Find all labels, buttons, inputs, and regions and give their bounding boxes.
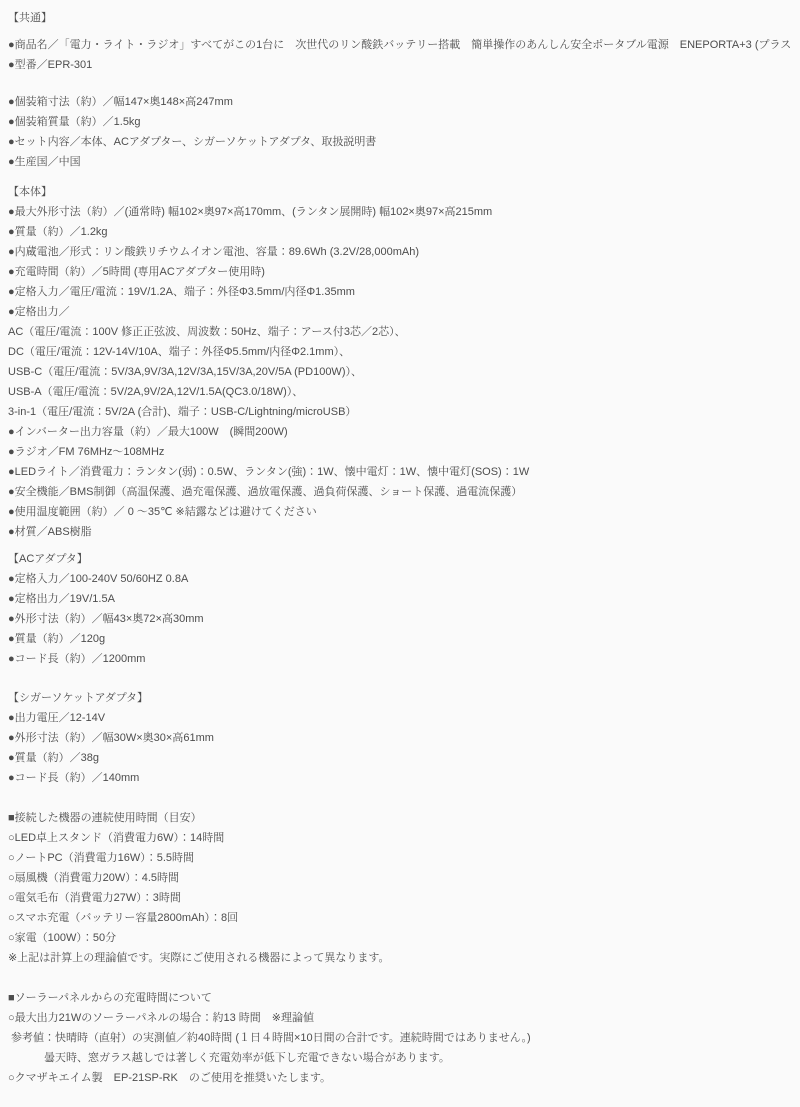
spec-line: ●個装箱寸法（約）／幅147×奥148×高247mm bbox=[8, 92, 792, 112]
spec-line: ○ノートPC（消費電力16W）：5.5時間 bbox=[8, 848, 792, 868]
spec-section-cigar-socket-adapter: 【シガーソケットアダプタ】●出力電圧／12-14V●外形寸法（約）／幅30W×奥… bbox=[8, 688, 792, 788]
spec-line: ○スマホ充電（バッテリー容量2800mAh）：8回 bbox=[8, 908, 792, 928]
section-heading: 【ACアダプタ】 bbox=[8, 549, 792, 569]
page-body: { "page": { "background_color": "#fafafa… bbox=[0, 0, 800, 1107]
spec-line: USB-C（電圧/電流：5V/3A,9V/3A,12V/3A,15V/3A,20… bbox=[8, 362, 792, 382]
spec-line: ●出力電圧／12-14V bbox=[8, 708, 792, 728]
spec-line: ○最大出力21Wのソーラーパネルの場合：約13 時間 ※理論値 bbox=[8, 1008, 792, 1028]
spec-line: ○扇風機（消費電力20W）：4.5時間 bbox=[8, 868, 792, 888]
spec-line: ●質量（約）／38g bbox=[8, 748, 792, 768]
spec-line: ●充電時間（約）／5時間 (専用ACアダプター使用時) bbox=[8, 262, 792, 282]
spec-line: DC（電圧/電流：12V-14V/10A、端子：外径Φ5.5mm/内径Φ2.1m… bbox=[8, 342, 792, 362]
spec-line: 3-in-1（電圧/電流：5V/2A (合計)、端子：USB-C/Lightni… bbox=[8, 402, 792, 422]
spec-line: ●ラジオ／FM 76MHz～108MHz bbox=[8, 442, 792, 462]
spec-line: ●定格出力／19V/1.5A bbox=[8, 589, 792, 609]
spec-line: ●質量（約）／120g bbox=[8, 629, 792, 649]
spec-line: ※上記は計算上の理論値です。実際にご使用される機器によって異なります。 bbox=[8, 948, 792, 968]
spec-line: ○電気毛布（消費電力27W）：3時間 bbox=[8, 888, 792, 908]
spec-section-common: 【共通】●商品名／「電力・ライト・ラジオ」すべてがこの1台に 次世代のリン酸鉄バ… bbox=[8, 8, 792, 172]
spec-section-solar-charging: ■ソーラーパネルからの充電時間について○最大出力21Wのソーラーパネルの場合：約… bbox=[8, 988, 792, 1088]
product-spec-document: 【共通】●商品名／「電力・ライト・ラジオ」すべてがこの1台に 次世代のリン酸鉄バ… bbox=[0, 0, 800, 1098]
spec-line: ●型番／EPR-301 bbox=[8, 55, 792, 75]
spec-section-main-unit: 【本体】●最大外形寸法（約）／(通常時) 幅102×奥97×高170mm、(ラン… bbox=[8, 182, 792, 542]
spec-line: ○家電（100W）：50分 bbox=[8, 928, 792, 948]
spec-line: ●個装箱質量（約）／1.5kg bbox=[8, 112, 792, 132]
spec-line: ○LED卓上スタンド（消費電力6W）：14時間 bbox=[8, 828, 792, 848]
spec-section-runtime-guide: ■接続した機器の連続使用時間（目安）○LED卓上スタンド（消費電力6W）：14時… bbox=[8, 808, 792, 968]
spec-line: ●使用温度範囲（約）／ 0 ～35℃ ※結露などは避けてください bbox=[8, 502, 792, 522]
spec-line: ●生産国／中国 bbox=[8, 152, 792, 172]
spec-line: ○クマザキエイム製 EP-21SP-RK のご使用を推奨いたします。 bbox=[8, 1068, 792, 1088]
spec-line: ●最大外形寸法（約）／(通常時) 幅102×奥97×高170mm、(ランタン展開… bbox=[8, 202, 792, 222]
spec-line: ●セット内容／本体、ACアダプター、シガーソケットアダプタ、取扱説明書 bbox=[8, 132, 792, 152]
section-heading: 【本体】 bbox=[8, 182, 792, 202]
spec-line: ●コード長（約）／1200mm bbox=[8, 649, 792, 669]
spec-line: ●商品名／「電力・ライト・ラジオ」すべてがこの1台に 次世代のリン酸鉄バッテリー… bbox=[8, 35, 792, 55]
spec-line: ■ソーラーパネルからの充電時間について bbox=[8, 988, 792, 1008]
spec-line: ●定格出力／ bbox=[8, 302, 792, 322]
spec-line: ●インバーター出力容量（約）／最大100W (瞬間200W) bbox=[8, 422, 792, 442]
blank-line bbox=[8, 75, 792, 92]
spec-line: AC（電圧/電流：100V 修正正弦波、周波数：50Hz、端子：アース付3芯／2… bbox=[8, 322, 792, 342]
spec-line: 曇天時、窓ガラス越しでは著しく充電効率が低下し充電できない場合があります。 bbox=[8, 1048, 792, 1068]
section-heading: 【共通】 bbox=[8, 8, 792, 28]
spec-line: ●質量（約）／1.2kg bbox=[8, 222, 792, 242]
spec-line: ●定格入力／電圧/電流：19V/1.2A、端子：外径Φ3.5mm/内径Φ1.35… bbox=[8, 282, 792, 302]
spec-line: ■接続した機器の連続使用時間（目安） bbox=[8, 808, 792, 828]
spec-line: ●材質／ABS樹脂 bbox=[8, 522, 792, 542]
spec-section-ac-adapter: 【ACアダプタ】●定格入力／100-240V 50/60HZ 0.8A●定格出力… bbox=[8, 549, 792, 669]
spec-line: 参考値：快晴時（直射）の実測値／約40時間 (１日４時間×10日間の合計です。連… bbox=[8, 1028, 792, 1048]
spec-line: ●安全機能／BMS制御（高温保護、過充電保護、過放電保護、過負荷保護、ショート保… bbox=[8, 482, 792, 502]
spec-line: USB-A（電圧/電流：5V/2A,9V/2A,12V/1.5A(QC3.0/1… bbox=[8, 382, 792, 402]
spec-line: ●コード長（約）／140mm bbox=[8, 768, 792, 788]
spec-line: ●外形寸法（約）／幅30W×奥30×高61mm bbox=[8, 728, 792, 748]
spec-line: ●内蔵電池／形式：リン酸鉄リチウムイオン電池、容量：89.6Wh (3.2V/2… bbox=[8, 242, 792, 262]
section-heading: 【シガーソケットアダプタ】 bbox=[8, 688, 792, 708]
spec-line: ●外形寸法（約）／幅43×奥72×高30mm bbox=[8, 609, 792, 629]
spec-line: ●定格入力／100-240V 50/60HZ 0.8A bbox=[8, 569, 792, 589]
spec-line: ●LEDライト／消費電力：ランタン(弱)：0.5W、ランタン(強)：1W、懐中電… bbox=[8, 462, 792, 482]
